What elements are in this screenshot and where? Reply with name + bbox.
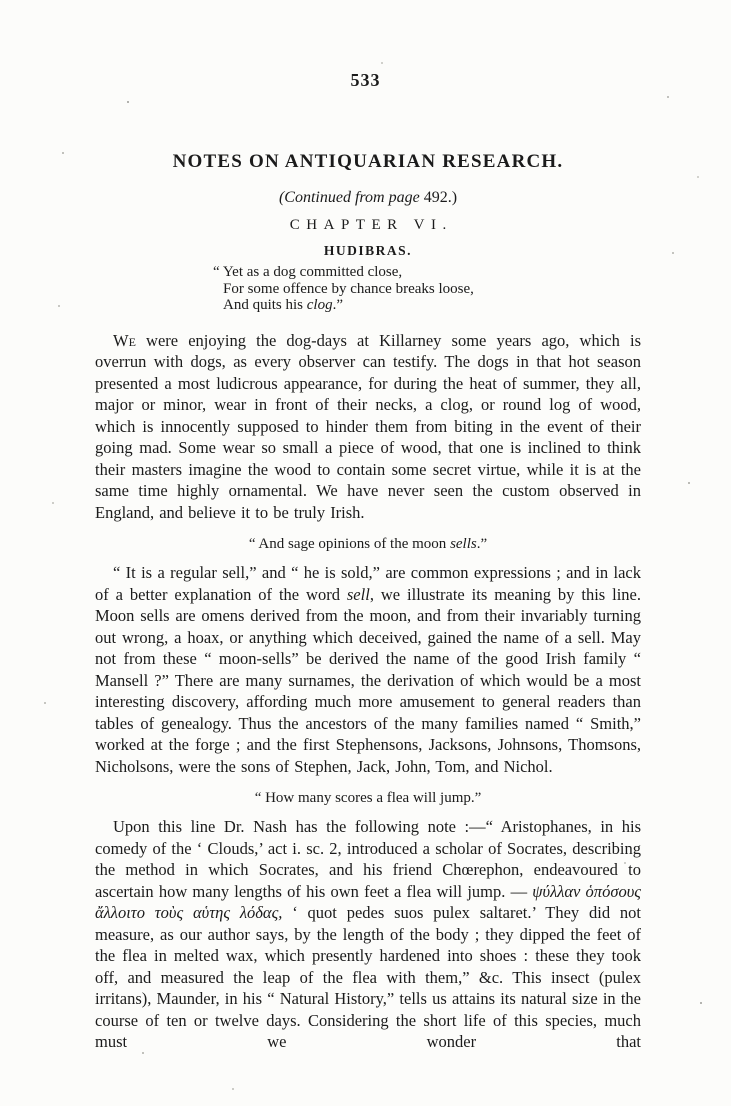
epigraph-line: For some offence by chance breaks loose, [213, 281, 641, 298]
source-heading: HUDIBRAS. [95, 243, 641, 258]
continued-from-note: (Continued from page 492.) [95, 188, 641, 208]
book-page: 533 NOTES ON ANTIQUARIAN RESEARCH. (Cont… [0, 0, 731, 1106]
paragraph-moon-sells: “ It is a regular sell,” and “ he is sol… [95, 562, 641, 777]
scan-speckle [0, 0, 2, 2]
epigraph-line: “ Yet as a dog committed close, [213, 264, 641, 281]
epigraph: “ Yet as a dog committed close, For some… [213, 264, 641, 314]
paragraph-dog-days: We were enjoying the dog-days at Killarn… [95, 330, 641, 524]
quote-heading-flea-jump: “ How many scores a flea will jump.” [95, 790, 641, 807]
paragraph-flea: Upon this line Dr. Nash has the followin… [95, 816, 641, 1053]
article-title: NOTES ON ANTIQUARIAN RESEARCH. [95, 150, 641, 174]
epigraph-line: And quits his clog.” [213, 297, 641, 314]
chapter-heading: CHAPTER VI. [95, 216, 641, 234]
quote-heading-moon-sells: “ And sage opinions of the moon sells.” [95, 536, 641, 553]
page-content: NOTES ON ANTIQUARIAN RESEARCH. (Continue… [95, 0, 641, 1053]
